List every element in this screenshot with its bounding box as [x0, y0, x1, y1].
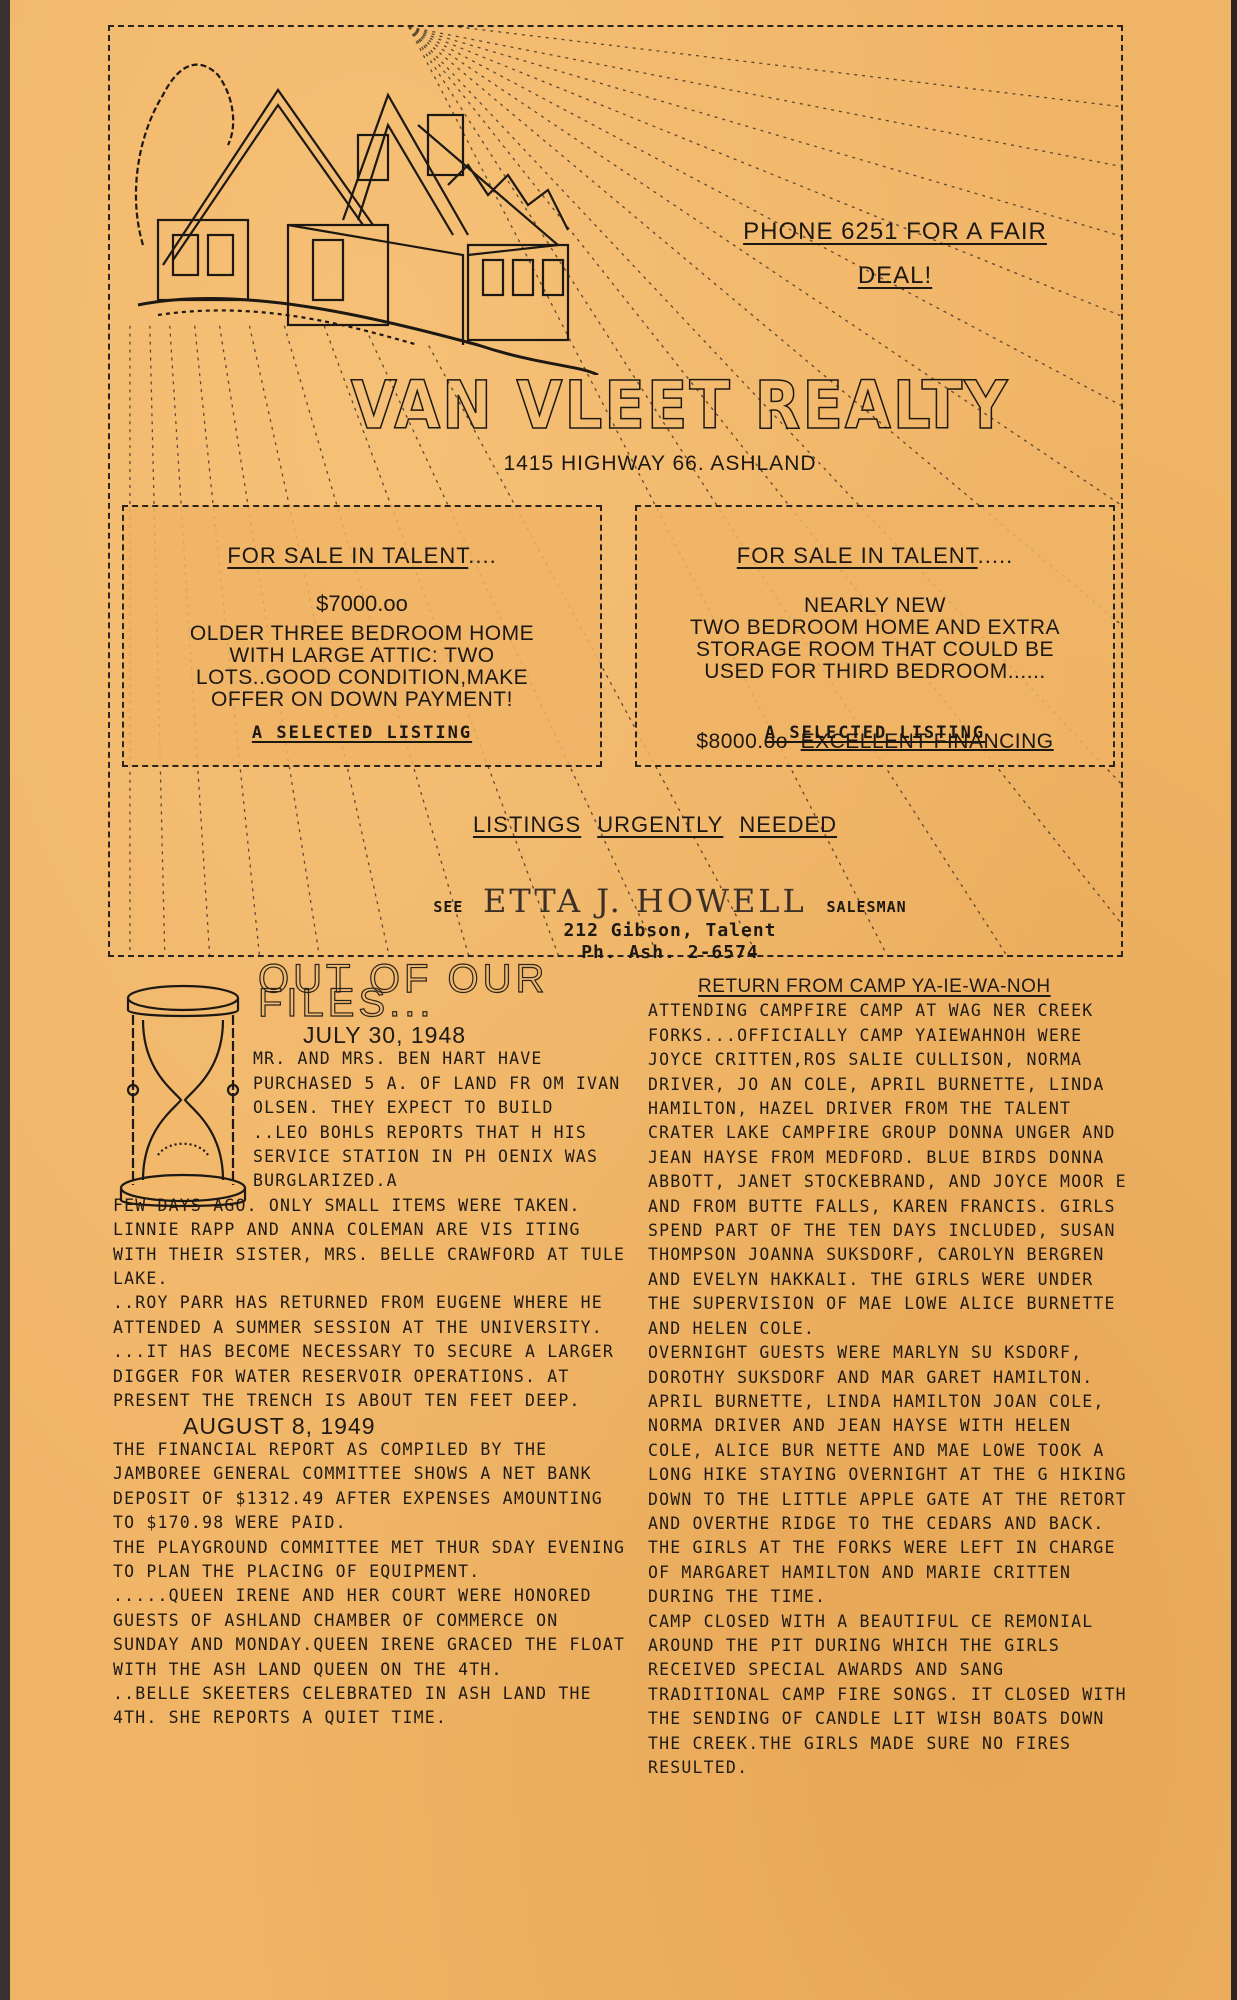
house-illustration [118, 45, 628, 375]
scan-edge-left [0, 0, 10, 2000]
salesman-contact: SEE ETTA J. HOWELL SALESMAN 212 Gibson, … [310, 882, 1030, 964]
files-item: ...It has become necessary to secure a l… [113, 1340, 633, 1413]
listing-footer: A SELECTED LISTING [637, 723, 1113, 743]
out-of-our-files-column: Out of our files... July 30, 1948 Mr. an… [113, 975, 633, 1731]
realty-advertisement: PHONE 6251 FOR A FAIR DEAL! VAN VLEET RE… [108, 25, 1123, 957]
newsletter-page: PHONE 6251 FOR A FAIR DEAL! VAN VLEET RE… [0, 0, 1237, 2000]
scan-edge-right [1231, 0, 1237, 2000]
camp-heading: RETURN FROM CAMP YA-IE-WA-NOH [698, 975, 1128, 999]
listings-needed-notice: LISTINGSURGENTLYNEEDED [330, 812, 980, 838]
files-date: August 8, 1949 [183, 1414, 633, 1438]
files-item: The playground committee met Thur sday e… [113, 1536, 633, 1585]
camp-paragraph: April Burnette, Linda Hamilton Joan Cole… [648, 1390, 1128, 1610]
phone-call-to-action: PHONE 6251 FOR A FAIR DEAL! [705, 210, 1085, 298]
camp-paragraph: Camp closed with a beautiful ce remonial… [648, 1610, 1128, 1781]
files-item: The financial report as compiled by the … [113, 1438, 633, 1536]
contact-see-label: SEE [433, 898, 463, 916]
listing-description: NEARLY NEW TWO BEDROOM HOME AND EXTRA ST… [637, 595, 1113, 683]
camp-return-column: RETURN FROM CAMP YA-IE-WA-NOH Attending … [648, 975, 1128, 1780]
files-date: July 30, 1948 [303, 1023, 633, 1047]
camp-paragraph: Attending CampFire Camp at Wag ner Creek… [648, 999, 1128, 1341]
company-address: 1415 HIGHWAY 66. ASHLAND [380, 452, 940, 476]
files-item: ..Leo Bohls reports that h his service s… [253, 1121, 633, 1194]
listing-heading: FOR SALE IN TALENT..... [637, 543, 1113, 569]
listing-price: $7000.oo [124, 591, 600, 617]
salesman-address: 212 Gibson, Talent [310, 920, 1030, 942]
camp-paragraph: Overnight guests were Marlyn Su ksdorf, … [648, 1341, 1128, 1390]
files-item: Linnie Rapp and Anna Coleman are vis iti… [113, 1218, 633, 1291]
salesman-role: SALESMAN [826, 898, 906, 916]
files-item: .....Queen Irene and her court were hono… [113, 1584, 633, 1682]
listing-card-2: FOR SALE IN TALENT..... NEARLY NEW TWO B… [635, 505, 1115, 767]
files-item: ..Belle Skeeters celebrated in Ash land … [113, 1682, 633, 1731]
phone-line-1: PHONE 6251 FOR A FAIR [743, 218, 1047, 245]
listing-card-1: FOR SALE IN TALENT.... $7000.oo OLDER TH… [122, 505, 602, 767]
hourglass-icon [113, 980, 253, 1210]
company-name: VAN VLEET REALTY [330, 367, 1030, 444]
files-item: Mr. and Mrs. Ben Hart have purchased 5 A… [253, 1047, 633, 1120]
salesman-name: ETTA J. HOWELL [483, 882, 807, 920]
listing-heading: FOR SALE IN TALENT.... [124, 543, 600, 569]
phone-line-2: DEAL! [858, 262, 932, 289]
listing-footer: A SELECTED LISTING [124, 723, 600, 743]
files-item: ..Roy Parr has returned from Eugene wher… [113, 1291, 633, 1340]
listing-description: OLDER THREE BEDROOM HOME WITH LARGE ATTI… [124, 623, 600, 711]
files-heading: Out of our files... [258, 967, 638, 1016]
